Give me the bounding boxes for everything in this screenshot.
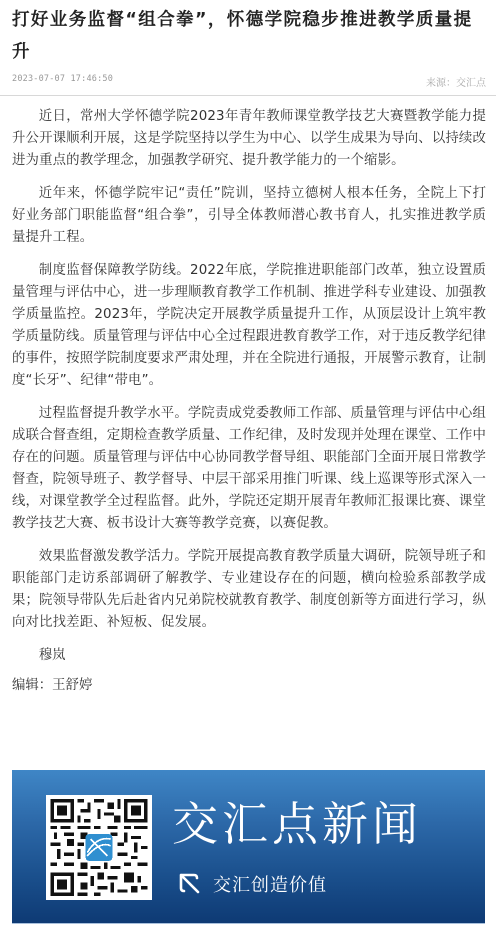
qr-code-icon (46, 795, 152, 900)
slogan-text: 交汇创造价值 (213, 871, 327, 897)
paragraph: 过程监督提升教学水平。学院责成党委教师工作部、质量管理与评估中心组成联合督查组，… (12, 403, 486, 535)
article-meta: 2023-07-07 17:46:50 来源：交汇点 (12, 74, 486, 88)
paragraph: 近年来，怀德学院牢记“责任”院训，坚持立德树人根本任务，全院上下打好业务部门职能… (12, 183, 486, 249)
publish-datetime: 2023-07-07 17:46:50 (12, 74, 113, 84)
brand-name: 交汇点新闻 (172, 796, 422, 852)
slogan-row: 交汇创造价值 (177, 870, 327, 898)
author-signature: 穆岚 (12, 645, 486, 667)
paragraph: 近日，常州大学怀德学院2023年青年教师课堂教学技艺大赛暨教学能力提升公开课顺利… (12, 106, 486, 172)
meta-divider (0, 95, 496, 96)
article-title: 打好业务监督“组合拳”，怀德学院稳步推进教学质量提升 (12, 4, 490, 68)
app-promo-banner[interactable]: 交汇点新闻 交汇创造价值 (12, 770, 485, 924)
arrow-up-left-icon (177, 871, 203, 897)
article-source: 来源：交汇点 (426, 74, 486, 89)
paragraph: 制度监督保障教学防线。2022年底，学院推进职能部门改革，独立设置质量管理与评估… (12, 260, 486, 392)
article-body: 近日，常州大学怀德学院2023年青年教师课堂教学技艺大赛暨教学能力提升公开课顺利… (12, 106, 486, 697)
paragraph: 效果监督激发教学活力。学院开展提高教育教学质量大调研，院领导班子和职能部门走访系… (12, 546, 486, 634)
editor-credit: 编辑：王舒婷 (12, 675, 486, 697)
